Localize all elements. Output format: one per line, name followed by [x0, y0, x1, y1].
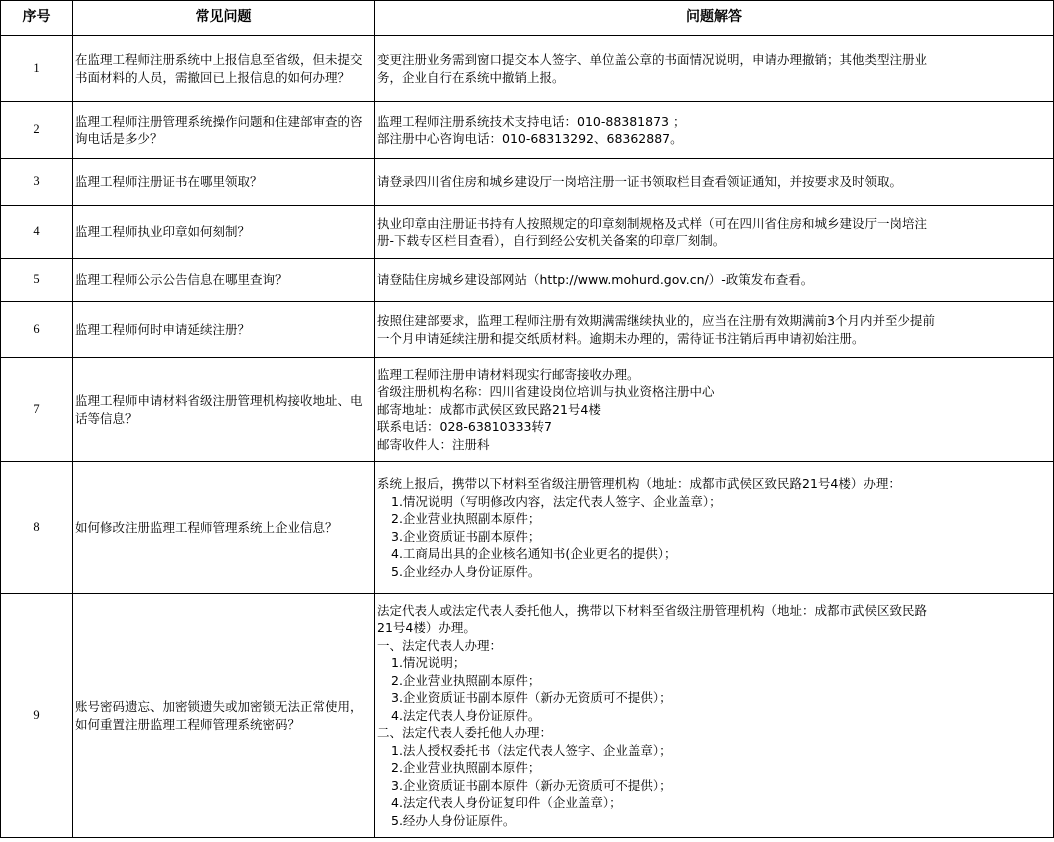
- answer-line: 法定代表人或法定代表人委托他人，携带以下材料至省级注册管理机构（地址：成都市武侯…: [377, 602, 1051, 620]
- header-question: 常见问题: [73, 1, 375, 36]
- header-row: 序号 常见问题 问题解答: [1, 1, 1054, 36]
- answer-list-item: 1.情况说明；: [377, 654, 1051, 672]
- answer-line: 21号4楼）办理。: [377, 619, 1051, 637]
- answer-list-item: 2.企业营业执照副本原件；: [377, 759, 1051, 777]
- answer-list-item: 3.企业资质证书副本原件；: [377, 528, 1051, 546]
- answer-list-item: 1.法人授权委托书（法定代表人签字、企业盖章）；: [377, 742, 1051, 760]
- table-row: 7 监理工程师申请材料省级注册管理机构接收地址、电话等信息？ 监理工程师注册申请…: [1, 358, 1054, 462]
- row-question: 监理工程师执业印章如何刻制？: [73, 206, 375, 259]
- answer-line: 请登录四川省住房和城乡建设厅一岗培注册一证书领取栏目查看领证通知，并按要求及时领…: [377, 173, 1051, 191]
- answer-line: 系统上报后，携带以下材料至省级注册管理机构（地址：成都市武侯区致民路21号4楼）…: [377, 475, 1051, 493]
- row-answer: 按照住建部要求，监理工程师注册有效期满需继续执业的，应当在注册有效期满前3个月内…: [375, 302, 1054, 358]
- answer-list-item: 1.情况说明（写明修改内容，法定代表人签字、企业盖章）；: [377, 493, 1051, 511]
- row-num: 6: [1, 302, 73, 358]
- row-answer: 系统上报后，携带以下材料至省级注册管理机构（地址：成都市武侯区致民路21号4楼）…: [375, 462, 1054, 594]
- row-num: 7: [1, 358, 73, 462]
- table-row: 9 账号密码遗忘、加密锁遗失或加密锁无法正常使用，如何重置注册监理工程师管理系统…: [1, 594, 1054, 838]
- row-answer: 变更注册业务需到窗口提交本人签字、单位盖公章的书面情况说明，申请办理撤销；其他类…: [375, 36, 1054, 102]
- header-num: 序号: [1, 1, 73, 36]
- answer-line: 按照住建部要求，监理工程师注册有效期满需继续执业的，应当在注册有效期满前3个月内…: [377, 312, 1051, 330]
- answer-line: 监理工程师注册系统技术支持电话：010-88381873 ；: [377, 113, 1051, 131]
- answer-line: 联系电话：028-63810333转7: [377, 418, 1051, 436]
- table-row: 5 监理工程师公示公告信息在哪里查询？ 请登陆住房城乡建设部网站（http://…: [1, 259, 1054, 302]
- answer-line: 邮寄收件人：注册科: [377, 436, 1051, 454]
- answer-list-item: 2.企业营业执照副本原件；: [377, 672, 1051, 690]
- answer-section-heading: 二、法定代表人委托他人办理：: [377, 724, 1051, 742]
- row-answer: 请登录四川省住房和城乡建设厅一岗培注册一证书领取栏目查看领证通知，并按要求及时领…: [375, 159, 1054, 206]
- header-answer: 问题解答: [375, 1, 1054, 36]
- answer-list-item: 2.企业营业执照副本原件；: [377, 510, 1051, 528]
- row-question: 监理工程师何时申请延续注册？: [73, 302, 375, 358]
- answer-line: 册-下载专区栏目查看），自行到经公安机关备案的印章厂刻制。: [377, 232, 1051, 250]
- answer-line: 部注册中心咨询电话：010-68313292、68362887。: [377, 130, 1051, 148]
- row-num: 2: [1, 102, 73, 159]
- answer-line: 变更注册业务需到窗口提交本人签字、单位盖公章的书面情况说明，申请办理撤销；其他类…: [377, 51, 1051, 69]
- answer-line: 省级注册机构名称：四川省建设岗位培训与执业资格注册中心: [377, 383, 1051, 401]
- row-question: 监理工程师注册管理系统操作问题和住建部审查的咨询电话是多少？: [73, 102, 375, 159]
- table-row: 6 监理工程师何时申请延续注册？ 按照住建部要求，监理工程师注册有效期满需继续执…: [1, 302, 1054, 358]
- row-question: 监理工程师申请材料省级注册管理机构接收地址、电话等信息？: [73, 358, 375, 462]
- answer-list-item: 5.企业经办人身份证原件。: [377, 563, 1051, 581]
- row-answer: 执业印章由注册证书持有人按照规定的印章刻制规格及式样（可在四川省住房和城乡建设厅…: [375, 206, 1054, 259]
- row-num: 9: [1, 594, 73, 838]
- answer-list-item: 4.法定代表人身份证复印件（企业盖章）；: [377, 794, 1051, 812]
- table-row: 1 在监理工程师注册系统中上报信息至省级，但未提交书面材料的人员，需撤回已上报信…: [1, 36, 1054, 102]
- row-num: 8: [1, 462, 73, 594]
- row-question: 监理工程师公示公告信息在哪里查询？: [73, 259, 375, 302]
- row-num: 3: [1, 159, 73, 206]
- answer-line: 务，企业自行在系统中撤销上报。: [377, 69, 1051, 87]
- answer-list-item: 3.企业资质证书副本原件（新办无资质可不提供）；: [377, 777, 1051, 795]
- answer-list-item: 4.法定代表人身份证原件。: [377, 707, 1051, 725]
- row-question: 如何修改注册监理工程师管理系统上企业信息？: [73, 462, 375, 594]
- row-question: 账号密码遗忘、加密锁遗失或加密锁无法正常使用，如何重置注册监理工程师管理系统密码…: [73, 594, 375, 838]
- answer-line: 邮寄地址：成都市武侯区致民路21号4楼: [377, 401, 1051, 419]
- row-answer: 监理工程师注册系统技术支持电话：010-88381873 ； 部注册中心咨询电话…: [375, 102, 1054, 159]
- table-row: 8 如何修改注册监理工程师管理系统上企业信息？ 系统上报后，携带以下材料至省级注…: [1, 462, 1054, 594]
- answer-list-item: 5.经办人身份证原件。: [377, 812, 1051, 830]
- answer-line: 监理工程师注册申请材料现实行邮寄接收办理。: [377, 366, 1051, 384]
- row-answer: 请登陆住房城乡建设部网站（http://www.mohurd.gov.cn/）-…: [375, 259, 1054, 302]
- row-question: 在监理工程师注册系统中上报信息至省级，但未提交书面材料的人员，需撤回已上报信息的…: [73, 36, 375, 102]
- row-answer: 监理工程师注册申请材料现实行邮寄接收办理。 省级注册机构名称：四川省建设岗位培训…: [375, 358, 1054, 462]
- row-num: 1: [1, 36, 73, 102]
- answer-list-item: 4.工商局出具的企业核名通知书(企业更名的提供）；: [377, 545, 1051, 563]
- faq-table: 序号 常见问题 问题解答 1 在监理工程师注册系统中上报信息至省级，但未提交书面…: [0, 0, 1054, 838]
- table-row: 2 监理工程师注册管理系统操作问题和住建部审查的咨询电话是多少？ 监理工程师注册…: [1, 102, 1054, 159]
- answer-line: 执业印章由注册证书持有人按照规定的印章刻制规格及式样（可在四川省住房和城乡建设厅…: [377, 215, 1051, 233]
- table-row: 3 监理工程师注册证书在哪里领取？ 请登录四川省住房和城乡建设厅一岗培注册一证书…: [1, 159, 1054, 206]
- table-row: 4 监理工程师执业印章如何刻制？ 执业印章由注册证书持有人按照规定的印章刻制规格…: [1, 206, 1054, 259]
- row-num: 5: [1, 259, 73, 302]
- row-answer: 法定代表人或法定代表人委托他人，携带以下材料至省级注册管理机构（地址：成都市武侯…: [375, 594, 1054, 838]
- answer-line-link: 请登陆住房城乡建设部网站（http://www.mohurd.gov.cn/）-…: [377, 271, 1051, 289]
- row-question: 监理工程师注册证书在哪里领取？: [73, 159, 375, 206]
- answer-line: 一个月申请延续注册和提交纸质材料。逾期未办理的，需待证书注销后再申请初始注册。: [377, 330, 1051, 348]
- answer-list-item: 3.企业资质证书副本原件（新办无资质可不提供）；: [377, 689, 1051, 707]
- answer-section-heading: 一、法定代表人办理：: [377, 637, 1051, 655]
- row-num: 4: [1, 206, 73, 259]
